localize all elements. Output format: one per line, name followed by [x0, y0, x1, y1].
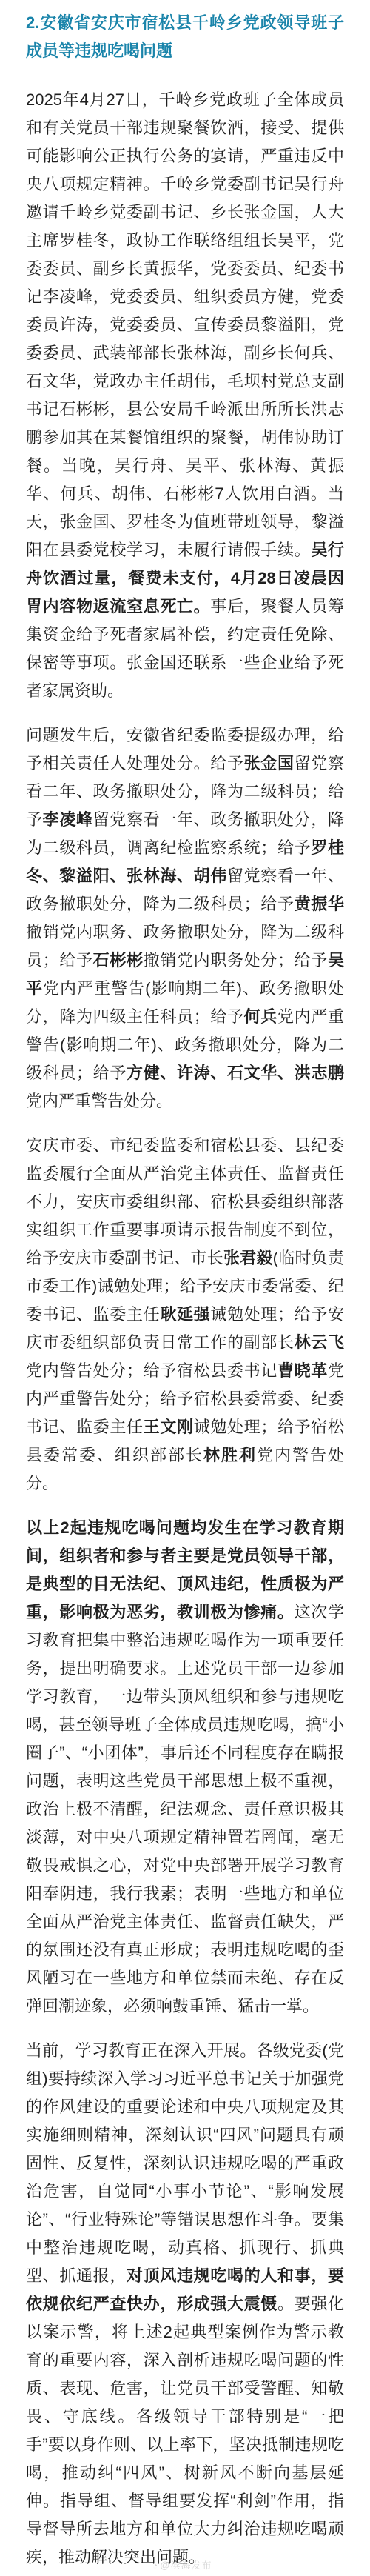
text-segment: 王文刚	[144, 1418, 194, 1436]
text-segment: 张君毅	[223, 1249, 273, 1267]
text-segment: 黄振华	[295, 895, 344, 913]
text-segment: 林胜利	[203, 1446, 257, 1464]
text-segment: 当前，学习教育正在深入开展。各级党委(党组)要持续深入学习习近平总书记关于加强党…	[26, 2041, 344, 2285]
article-title: 2.安徽省安庆市宿松县千岭乡党政领导班子成员等违规吃喝问题	[26, 9, 344, 65]
text-segment: 安庆市委、市纪委监委和宿松县委、县纪委监委履行全面从严治党主体责任、监督责任不力…	[26, 1136, 344, 1267]
text-segment: 2025年4月27日，千岭乡党政班子全体成员和有关党员干部违规聚餐饮酒，接受、提…	[26, 90, 344, 559]
weibo-watermark: ◔@滨海发布	[152, 2560, 212, 2572]
text-segment: 耿延强	[160, 1305, 210, 1324]
text-segment: 林云飞	[295, 1333, 344, 1352]
paragraph-1: 2025年4月27日，千岭乡党政班子全体成员和有关党员干部违规聚餐饮酒，接受、提…	[26, 86, 344, 705]
text-segment: 李凌峰	[43, 810, 93, 829]
text-segment: 。要强化以案示警，将上述2起典型案例作为警示教育的重要内容，深入剖析违规吃喝问题…	[26, 2295, 344, 2566]
paragraph-5: 当前，学习教育正在深入开展。各级党委(党组)要持续深入学习习近平总书记关于加强党…	[26, 2037, 344, 2572]
text-segment: 方健、许涛、石文华、洪志鹏	[127, 1064, 344, 1082]
article-page: 2.安徽省安庆市宿松县千岭乡党政领导班子成员等违规吃喝问题 2025年4月27日…	[0, 0, 370, 2576]
article-body: 2025年4月27日，千岭乡党政班子全体成员和有关党员干部违规聚餐饮酒，接受、提…	[26, 86, 344, 2572]
watermark-text: @滨海发布	[160, 2560, 212, 2571]
text-segment: 张金国	[244, 754, 295, 773]
text-segment: 党内严重警告处分。	[26, 1092, 172, 1110]
paragraph-4: 以上2起违规吃喝问题均发生在学习教育期间，组织者和参与者主要是党员领导干部，是典…	[26, 1514, 344, 2021]
text-segment: 何兵	[244, 1007, 277, 1026]
text-segment: 这次学习教育把集中整治违规吃喝作为一项重要任务，提出明确要求。上述党员干部一边参…	[26, 1603, 344, 2015]
text-segment: 党内警告处分；给予宿松县委书记	[26, 1361, 277, 1380]
paragraph-2: 问题发生后，安徽省纪委监委提级办理，给予相关责任人处理处分。给予张金国留党察看二…	[26, 721, 344, 1115]
weibo-logo-icon: ◔	[152, 2560, 158, 2572]
text-segment: 曹晓革	[277, 1361, 328, 1380]
text-segment: 撤销党内职务处分；给予	[144, 951, 328, 970]
paragraph-3: 安庆市委、市纪委监委和宿松县委、县纪委监委履行全面从严治党主体责任、监督责任不力…	[26, 1132, 344, 1498]
text-segment: 石彬彬	[93, 951, 144, 970]
